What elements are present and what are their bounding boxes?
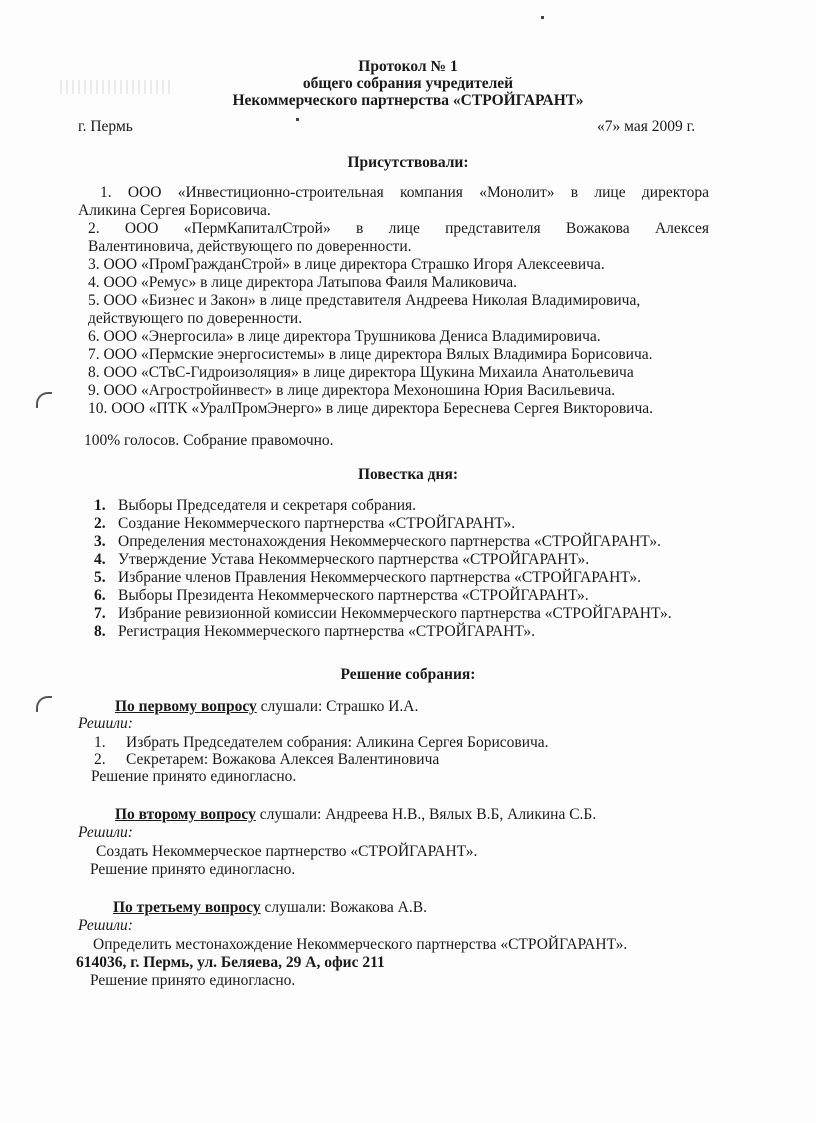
agenda-item: Определения местонахождения Некоммерческ… bbox=[118, 533, 661, 551]
agenda-item-number: 2. bbox=[94, 515, 106, 533]
present-item-2: 2. ООО «ПермКапиталСтрой» в лице предста… bbox=[88, 220, 709, 238]
scan-hole-mark bbox=[36, 392, 52, 408]
question-1-label: По первому вопросу bbox=[115, 698, 257, 715]
question-2-result: Решение принято единогласно. bbox=[90, 861, 295, 879]
scan-dot bbox=[296, 118, 299, 121]
agenda-item: Избрание ревизионной комиссии Некоммерче… bbox=[118, 605, 672, 623]
question-1-item-1: Избрать Председателем собрания: Аликина … bbox=[126, 734, 549, 752]
question-2-label: По второму вопросу bbox=[115, 806, 256, 823]
question-2-heard: слушали: Андреева Н.В., Вялых В.Б, Алики… bbox=[256, 806, 596, 823]
agenda-item-number: 7. bbox=[94, 605, 106, 623]
agenda-item: Выборы Председателя и секретаря собрания… bbox=[118, 497, 416, 515]
agenda-item-number: 8. bbox=[94, 623, 106, 641]
present-item-1: 1. ООО «Инвестиционно-строительная компа… bbox=[100, 184, 709, 202]
present-item-9: 9. ООО «Агростройинвест» в лице директор… bbox=[88, 382, 615, 400]
question-1-item-1-num: 1. bbox=[94, 734, 106, 752]
quorum-statement: 100% голосов. Собрание правомочно. bbox=[84, 432, 334, 450]
question-3-resolved: Решили: bbox=[78, 917, 133, 935]
agenda-item-number: 4. bbox=[94, 551, 106, 569]
document-title: Протокол № 1 bbox=[0, 58, 816, 76]
question-3-result: Решение принято единогласно. bbox=[90, 972, 295, 990]
present-item-5: 5. ООО «Бизнес и Закон» в лице представи… bbox=[88, 292, 640, 310]
agenda-item: Создание Некоммерческого партнерства «СТ… bbox=[118, 515, 515, 533]
question-2-text: Создать Некоммерческое партнерство «СТРО… bbox=[96, 843, 477, 861]
document-subtitle-org: Некоммерческого партнерства «СТРОЙГАРАНТ… bbox=[0, 92, 816, 110]
present-item-8: 8. ООО «СТвС-Гидроизоляция» в лице дирек… bbox=[88, 364, 634, 382]
question-1-result: Решение принято единогласно. bbox=[91, 768, 296, 786]
agenda-item-number: 3. bbox=[94, 533, 106, 551]
present-item-1-cont: Аликина Сергея Борисовича. bbox=[78, 202, 271, 220]
present-item-2-cont: Валентиновича, действующего по доверенно… bbox=[88, 238, 412, 256]
agenda-item-number: 6. bbox=[94, 587, 106, 605]
question-3-text: Определить местонахождение Некоммерческо… bbox=[93, 936, 627, 954]
question-3-heading: По третьему вопросу слушали: Вожакова А.… bbox=[113, 899, 427, 917]
present-item-5-cont: действующего по доверенности. bbox=[88, 310, 302, 328]
agenda-item: Утверждение Устава Некоммерческого партн… bbox=[118, 551, 589, 569]
section-heading-present: Присутствовали: bbox=[0, 154, 816, 172]
document-subtitle: общего собрания учредителей bbox=[0, 75, 816, 93]
question-1-item-2-num: 2. bbox=[94, 751, 106, 769]
agenda-item: Выборы Президента Некоммерческого партне… bbox=[118, 587, 589, 605]
present-item-6: 6. ООО «Энергосила» в лице директора Тру… bbox=[88, 328, 601, 346]
agenda-item: Избрание членов Правления Некоммерческог… bbox=[118, 569, 641, 587]
present-item-4: 4. ООО «Ремус» в лице директора Латыпова… bbox=[88, 274, 517, 292]
agenda-item-number: 1. bbox=[94, 497, 106, 515]
question-1-item-2: Секретарем: Вожакова Алексея Валентинови… bbox=[126, 751, 439, 769]
scan-hole-mark bbox=[36, 696, 52, 712]
present-item-7: 7. ООО «Пермские энергосистемы» в лице д… bbox=[88, 346, 653, 364]
section-heading-agenda: Повестка дня: bbox=[0, 466, 816, 484]
present-item-10: 10. ООО «ПТК «УралПромЭнерго» в лице дир… bbox=[88, 400, 653, 418]
question-1-resolved: Решили: bbox=[78, 715, 133, 733]
agenda-item-number: 5. bbox=[94, 569, 106, 587]
present-item-3: 3. ООО «ПромГражданСтрой» в лице директо… bbox=[88, 256, 605, 274]
agenda-item: Регистрация Некоммерческого партнерства … bbox=[118, 623, 535, 641]
city: г. Пермь bbox=[78, 118, 133, 136]
question-1-heading: По первому вопросу слушали: Страшко И.А. bbox=[115, 698, 418, 716]
question-3-label: По третьему вопросу bbox=[113, 899, 261, 916]
question-2-heading: По второму вопросу слушали: Андреева Н.В… bbox=[115, 806, 596, 824]
question-2-resolved: Решили: bbox=[78, 824, 133, 842]
section-heading-decisions: Решение собрания: bbox=[0, 666, 816, 684]
scan-dot bbox=[541, 16, 544, 19]
question-1-heard: слушали: Страшко И.А. bbox=[257, 698, 419, 715]
question-3-heard: слушали: Вожакова А.В. bbox=[261, 899, 427, 916]
date: «7» мая 2009 г. bbox=[597, 118, 695, 136]
question-3-address: 614036, г. Пермь, ул. Беляева, 29 А, офи… bbox=[76, 954, 385, 972]
